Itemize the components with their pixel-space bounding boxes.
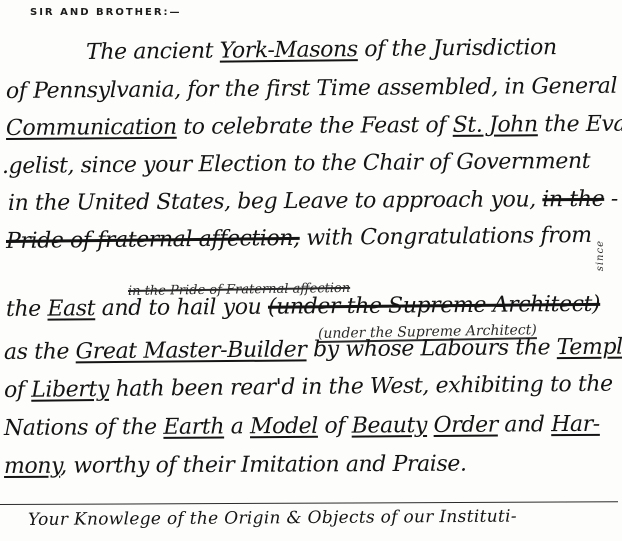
manuscript-line-11: mony, worthy of their Imitation and Prai… [4, 452, 467, 479]
underlined-text: East [47, 296, 95, 321]
underlined-text: Order [434, 413, 498, 438]
line-text: and [498, 412, 552, 437]
line-text: , worthy of their Imitation and Praise. [60, 452, 466, 479]
fold-rule-line [0, 501, 618, 505]
struck-text: in the [542, 187, 604, 212]
line-text: Nations of the [4, 415, 164, 441]
salutation: SIR AND BROTHER:— [30, 7, 182, 18]
line-text: with Congratulations from [300, 223, 592, 251]
manuscript-line-3: Communication to celebrate the Feast of … [6, 112, 622, 141]
margin-note: since [595, 240, 606, 271]
underlined-text: Model [250, 414, 318, 439]
underlined-text: Temple [557, 334, 622, 360]
struck-text: (under the Supreme Architect) [268, 292, 600, 320]
underlined-text: Har- [551, 412, 600, 437]
struck-text: Pride of fraternal affection, [6, 226, 300, 254]
line-text: Your Knowlege of the Origin & Objects of… [28, 507, 517, 530]
underlined-text: York-Masons [220, 37, 358, 63]
manuscript-line-10: Nations of the Earth a Model of Beauty O… [4, 412, 600, 441]
line-text: hath been rear'd in the West, exhibiting… [109, 372, 613, 402]
underlined-text: Communication [6, 115, 177, 141]
line-text: .gelist, since your Election to the Chai… [2, 149, 590, 179]
manuscript-line-8: as the Great Master-Builder by whose Lab… [4, 334, 622, 365]
line-text: of [318, 414, 352, 439]
line-text: and to hail you [95, 295, 268, 322]
line-text: of Pennsylvania, for the first Time asse… [6, 74, 617, 104]
line-text: The ancient [86, 39, 220, 65]
line-text: the [6, 297, 48, 322]
manuscript-line-9: of Liberty hath been rear'd in the West,… [4, 372, 613, 403]
line-text: - [604, 187, 618, 212]
manuscript-line-1: The ancient York-Masons of the Jurisdict… [86, 35, 557, 65]
underlined-text: Great Master-Builder [76, 337, 307, 364]
manuscript-line-7: the East and to hail you (under the Supr… [6, 292, 600, 322]
line-text: in the United States, beg Leave to appro… [8, 187, 543, 216]
manuscript-page: SIR AND BROTHER:— The ancient York-Mason… [0, 0, 622, 541]
underlined-text: Liberty [31, 377, 109, 403]
line-text: to celebrate the Feast of [177, 113, 453, 140]
line-text: the Evan [538, 112, 622, 138]
manuscript-line-12: Your Knowlege of the Origin & Objects of… [28, 507, 517, 530]
line-text: as the [4, 339, 76, 365]
manuscript-line-5: in the United States, beg Leave to appro… [8, 187, 618, 216]
underlined-text: St. John [453, 112, 538, 138]
line-text: of the Jurisdiction [358, 35, 557, 62]
manuscript-line-6: Pride of fraternal affection, with Congr… [6, 223, 592, 254]
manuscript-line-4: .gelist, since your Election to the Chai… [2, 149, 590, 179]
line-text: by whose Labours the [306, 335, 557, 362]
line-text: of [4, 378, 31, 403]
underlined-text: mony [4, 454, 60, 479]
line-text: a [224, 414, 250, 439]
manuscript-line-2: of Pennsylvania, for the first Time asse… [6, 74, 617, 104]
underlined-text: Earth [163, 414, 224, 439]
underlined-text: Beauty [352, 413, 428, 439]
